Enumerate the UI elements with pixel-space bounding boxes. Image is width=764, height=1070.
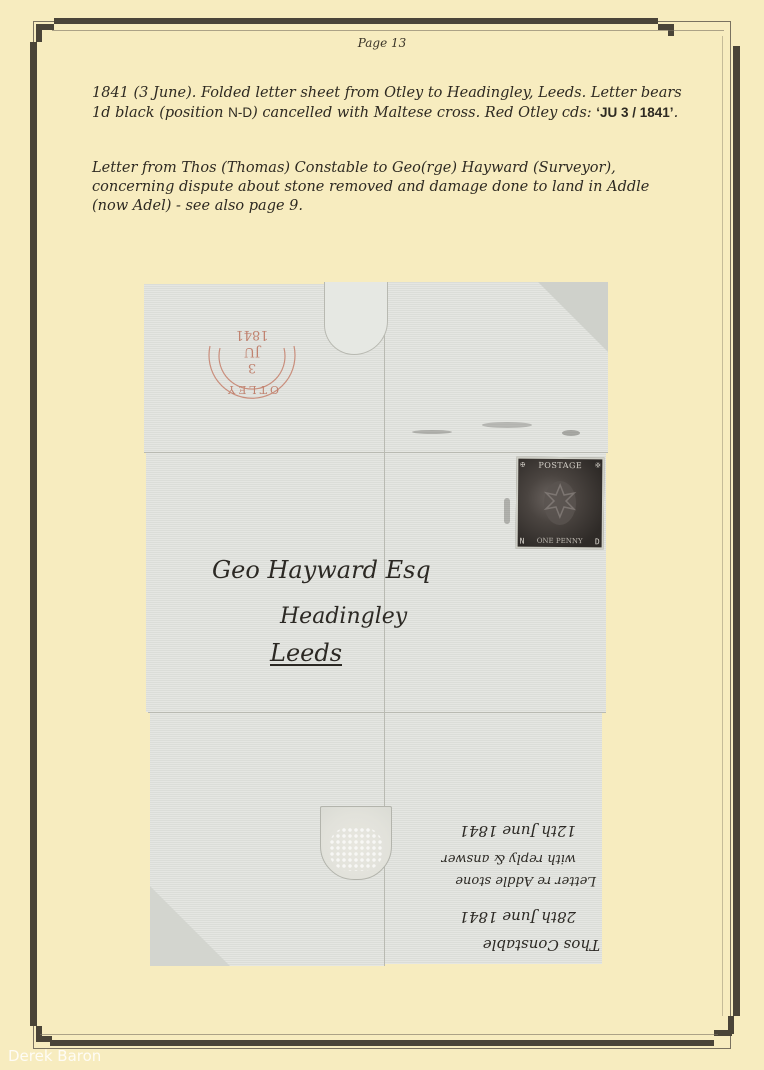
docket-line: 28th June 1841 bbox=[459, 908, 576, 926]
address-line-1: Geo Hayward Esq bbox=[212, 556, 431, 584]
description-paragraph-1: 1841 (3 June). Folded letter sheet from … bbox=[92, 84, 682, 123]
docket-annotation: Thos Constable 28th June 1841 Letter re … bbox=[392, 782, 606, 962]
stamp-corner-star: ✠ bbox=[595, 460, 600, 469]
desc-text: . bbox=[674, 105, 679, 121]
wafer-seal-embossed bbox=[320, 806, 392, 880]
docket-line: with reply & answer bbox=[442, 851, 576, 866]
svg-text:1841: 1841 bbox=[235, 327, 268, 342]
address-line-3: Leeds bbox=[270, 642, 342, 666]
stamp-postage-label: POSTAGE bbox=[518, 461, 602, 471]
cancel-ink-mark bbox=[504, 498, 510, 524]
otley-cds-postmark: OTLEY 3 JU 1841 bbox=[200, 304, 304, 408]
cancel-ink-mark bbox=[412, 430, 452, 434]
svg-text:3: 3 bbox=[248, 360, 256, 375]
docket-line: Letter re Addle stone bbox=[455, 873, 596, 888]
wafer-seal-top bbox=[324, 282, 388, 355]
address-line-2: Headingley bbox=[280, 604, 407, 629]
cancel-ink-mark bbox=[562, 430, 580, 436]
folded-letter-sheet: OTLEY 3 JU 1841 ✠ POSTAGE ✠ N ONE PENNY … bbox=[142, 282, 610, 966]
docket-line: 12th June 1841 bbox=[459, 822, 576, 840]
svg-text:JU: JU bbox=[244, 344, 262, 359]
desc-text: ) cancelled with Maltese cross. Red Otle… bbox=[252, 105, 596, 121]
queen-head-maltese-cross-icon bbox=[536, 473, 585, 533]
stamp-value-label: ONE PENNY bbox=[518, 537, 602, 546]
svg-text:OTLEY: OTLEY bbox=[225, 383, 279, 396]
plate-position: N-D bbox=[228, 105, 252, 120]
page-number: Page 13 bbox=[0, 36, 764, 50]
folded-corner bbox=[538, 282, 608, 352]
docket-line: Thos Constable bbox=[483, 936, 600, 954]
photographer-watermark: Derek Baron bbox=[8, 1047, 101, 1065]
album-page: Page 13 1841 (3 June). Folded letter she… bbox=[0, 0, 764, 1070]
cancel-ink-mark bbox=[482, 422, 532, 428]
stamp-check-letter: D bbox=[595, 537, 600, 546]
penny-black-stamp: ✠ POSTAGE ✠ N ONE PENNY D bbox=[516, 457, 605, 550]
folded-corner bbox=[150, 886, 230, 966]
cds-date: ‘JU 3 / 1841’ bbox=[596, 105, 673, 120]
description-paragraph-2: Letter from Thos (Thomas) Constable to G… bbox=[92, 159, 682, 216]
